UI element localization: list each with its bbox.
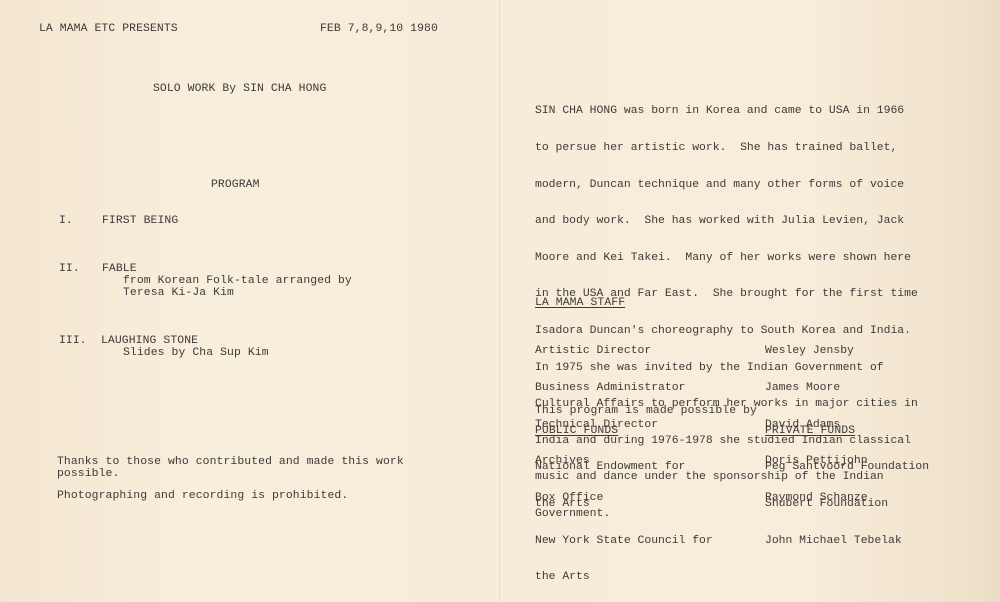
public-fund-line: the Arts	[535, 498, 713, 510]
private-fund-line: Peg Santvoord Foundation	[765, 461, 929, 473]
bio-line: and body work. She has worked with Julia…	[535, 215, 918, 227]
program-item-detail: Slides by Cha Sup Kim	[123, 347, 269, 359]
public-fund-line: New York State Council for	[535, 535, 713, 547]
thanks-line: Thanks to those who contributed and made…	[57, 456, 404, 468]
program-item-detail: Teresa Ki-Ja Kim	[123, 287, 234, 299]
staff-role: Artistic Director	[535, 345, 685, 357]
staff-name: Wesley Jensby	[765, 345, 868, 357]
program-item-title: FABLE	[102, 263, 137, 275]
thanks-line: possible.	[57, 468, 119, 480]
funding-intro: This program is made possible by	[535, 405, 757, 417]
bio-line: Moore and Kei Takei. Many of her works w…	[535, 252, 918, 264]
private-fund-line: Shubert Foundation	[765, 498, 929, 510]
program-item-detail: from Korean Folk-tale arranged by	[123, 275, 352, 287]
public-fund-line: National Endowment for	[535, 461, 713, 473]
private-fund-line: John Michael Tebelak	[765, 535, 929, 547]
program-item-numeral: III.	[59, 335, 87, 347]
program-item-title: LAUGHING STONE	[101, 335, 198, 347]
presenter-line: LA MAMA ETC PRESENTS	[39, 23, 178, 35]
private-funds-heading: PRIVATE FUNDS	[765, 425, 855, 437]
center-fold	[499, 0, 500, 602]
staff-name: James Moore	[765, 382, 868, 394]
public-funds-heading: PUBLIC FUNDS	[535, 425, 618, 437]
staff-heading: LA MAMA STAFF	[535, 297, 625, 309]
bio-line: to persue her artistic work. She has tra…	[535, 142, 918, 154]
public-fund-line: the Arts	[535, 571, 713, 583]
private-funds-list: Peg Santvoord Foundation Shubert Foundat…	[765, 437, 929, 571]
program-heading: PROGRAM	[211, 179, 260, 191]
performance-dates: FEB 7,8,9,10 1980	[320, 23, 438, 35]
program-item-title: FIRST BEING	[102, 215, 178, 227]
program-sheet: LA MAMA ETC PRESENTS FEB 7,8,9,10 1980 S…	[0, 0, 1000, 602]
show-title: SOLO WORK By SIN CHA HONG	[153, 83, 326, 95]
recording-notice: Photographing and recording is prohibite…	[57, 490, 348, 502]
bio-line: SIN CHA HONG was born in Korea and came …	[535, 105, 918, 117]
program-item-numeral: II.	[59, 263, 80, 275]
public-funds-list: National Endowment for the Arts New York…	[535, 437, 713, 602]
bio-line: modern, Duncan technique and many other …	[535, 179, 918, 191]
program-item-numeral: I.	[59, 215, 73, 227]
staff-role: Business Administrator	[535, 382, 685, 394]
